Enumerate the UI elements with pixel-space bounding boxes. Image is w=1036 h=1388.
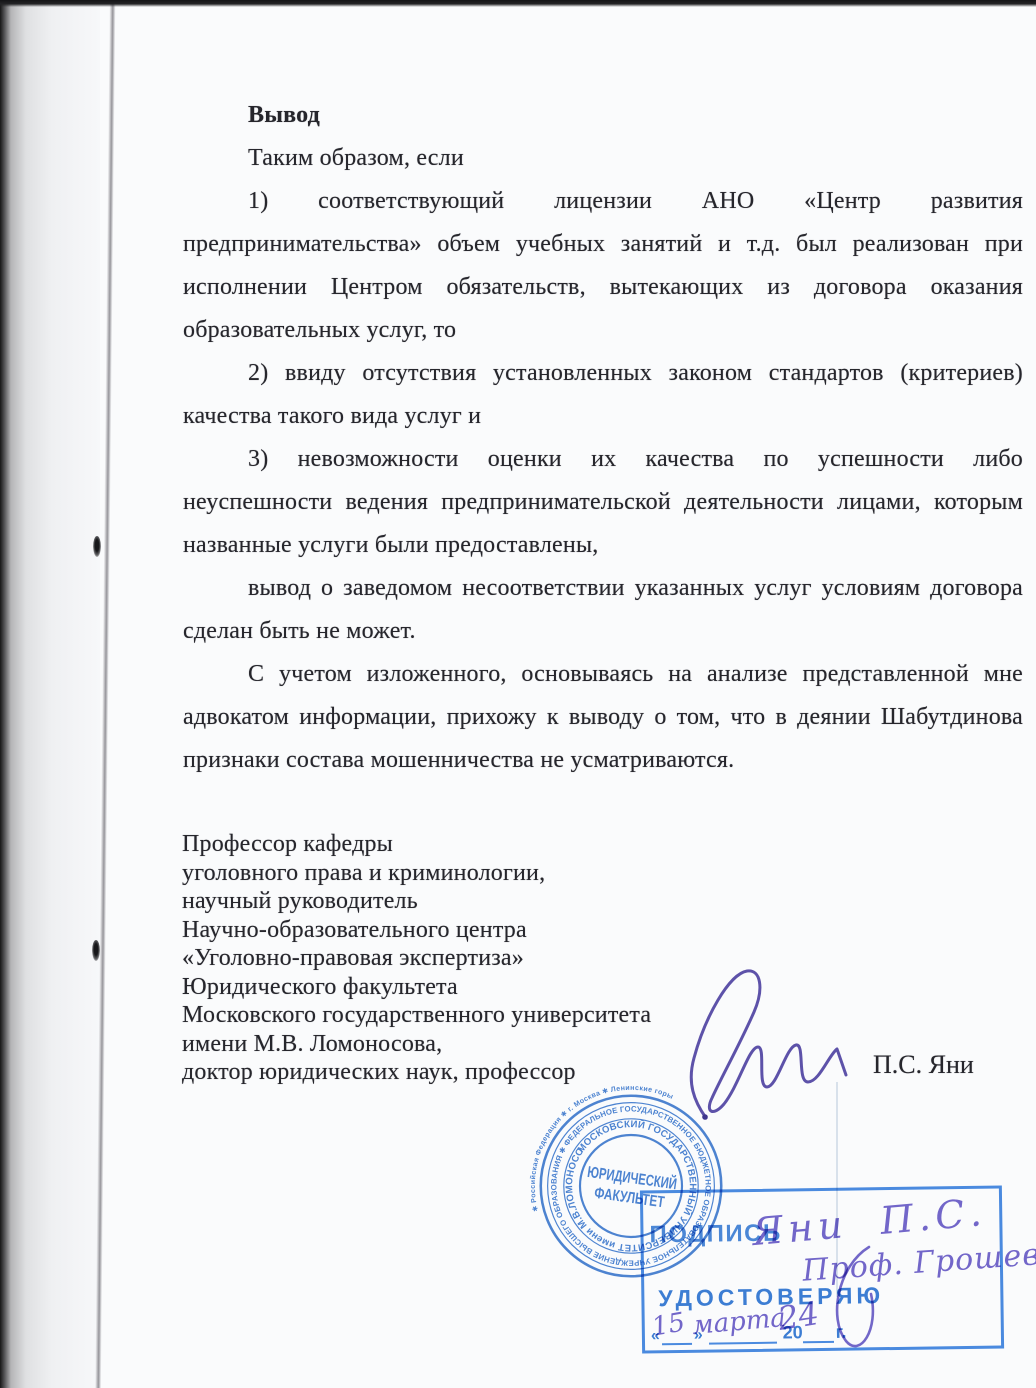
signature-block-line: Московского государственного университет… [182, 1001, 742, 1030]
signature-block-line: Научно-образовательного центра [182, 916, 742, 945]
body-line: Вывод [183, 94, 1023, 137]
body-line: вывод о заведомом несоответствии указанн… [183, 567, 1023, 610]
body-line: исполнении Центром обязательств, вытекаю… [183, 266, 1023, 309]
body-line: Таким образом, если [183, 137, 1023, 180]
handwritten-day: 15 [650, 1307, 688, 1342]
signature-block-line: уголовного права и криминологии, [182, 859, 742, 888]
document-body: ВыводТаким образом, если1) соответствующ… [183, 94, 1023, 782]
ink-spot [93, 536, 101, 557]
body-line: 2) ввиду отсутствия установленных законо… [183, 352, 1023, 395]
body-line: сделан быть не может. [183, 610, 1023, 653]
signature-block-line: Профессор кафедры [182, 830, 742, 859]
signature-block-line: научный руководитель [182, 887, 742, 916]
body-line: названные услуги были предоставлены, [183, 524, 1023, 567]
scanned-document-page: ВыводТаким образом, если1) соответствующ… [0, 0, 1036, 1388]
body-line: неуспешности ведения предпринимательской… [183, 481, 1023, 524]
scan-binding-shadow [0, 0, 100, 1388]
handwritten-year: 24 [775, 1294, 821, 1338]
body-line: 3) невозможности оценки их качества по у… [183, 438, 1023, 481]
body-line: адвокатом информации, прихожу к выводу о… [183, 696, 1023, 739]
signature-block-line: имени М.В. Ломоносова, [182, 1030, 742, 1059]
body-line: качества такого вида услуг и [183, 395, 1023, 438]
scan-top-edge [0, 0, 1036, 7]
signer-name: П.С. Яни [873, 1050, 974, 1080]
body-line: предпринимательства» объем учебных занят… [183, 223, 1023, 266]
body-line: С учетом изложенного, основываясь на ана… [183, 653, 1023, 696]
body-line: 1) соответствующий лицензии АНО «Центр р… [183, 180, 1023, 223]
signature-block: Профессор кафедрыуголовного права и крим… [182, 830, 742, 1087]
signature-block-line: «Уголовно-правовая экспертиза» [182, 944, 742, 973]
body-line: признаки состава мошенничества не усматр… [183, 739, 1023, 782]
body-line: образовательных услуг, то [183, 309, 1023, 352]
signature-block-line: Юридического факультета [182, 973, 742, 1002]
year-suffix: г. [836, 1322, 847, 1343]
ink-spot [92, 940, 100, 961]
